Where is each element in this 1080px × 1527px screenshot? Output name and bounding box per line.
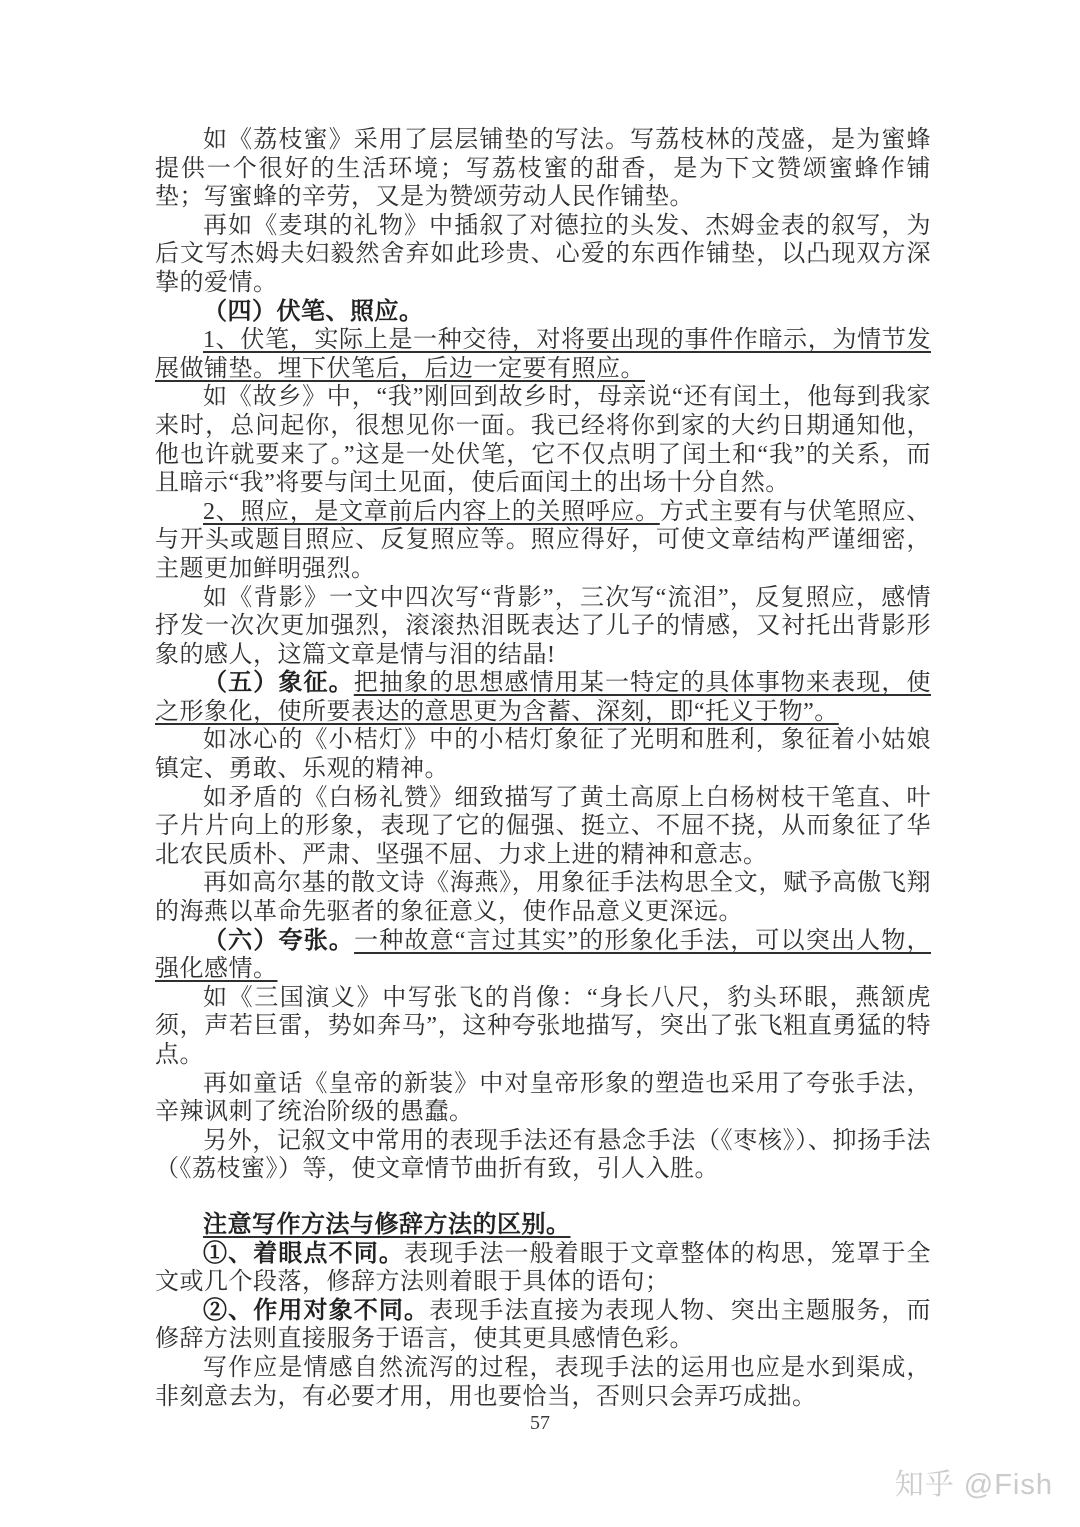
para-lingwai-text: 另外，记叙文中常用的表现手法还有悬念手法（《枣核》）、抑扬手法（《荔枝蜜》）等，… <box>155 1128 931 1183</box>
zhaoying-definition-underlined: 2、照应，是文章前后内容上的关照呼应。 <box>203 499 660 525</box>
para-beiying-text: 如《背影》一文中四次写“背影”，三次写“流泪”，反复照应，感情抒发一次次更加强烈… <box>155 585 931 668</box>
zhihu-watermark: 知乎 @Fish <box>895 1462 1053 1503</box>
para-sanguo-text: 如《三国演义》中写张飞的肖像：“身长八尺，豹头环眼，燕颔虎须，声若巨雷，势如奔马… <box>155 985 931 1068</box>
para-haiyan: 再如高尔基的散文诗《海燕》，用象征手法构思全文，赋予高傲飞翔的海燕以革命先驱者的… <box>155 869 931 926</box>
para-beiying: 如《背影》一文中四次写“背影”，三次写“流泪”，反复照应，感情抒发一次次更加强烈… <box>155 584 931 670</box>
document-body: 如《荔枝蜜》采用了层层铺垫的写法。写荔枝林的茂盛，是为蜜蜂提供一个很好的生活环境… <box>155 126 931 1411</box>
para-guxiang-text: 如《故乡》中，“我”刚回到故乡时，母亲说“还有闰土，他每到我家来时，总问起你，很… <box>155 384 931 496</box>
item-1-label: ①、着眼点不同。 <box>203 1241 404 1267</box>
para-maiqi: 再如《麦琪的礼物》中插叙了对德拉的头发、杰姆金表的叙写，为后文写杰姆夫妇毅然舍弃… <box>155 212 931 298</box>
para-haiyan-text: 再如高尔基的散文诗《海燕》，用象征手法构思全文，赋予高傲飞翔的海燕以革命先驱者的… <box>155 870 931 925</box>
para-lizhimi: 如《荔枝蜜》采用了层层铺垫的写法。写荔枝林的茂盛，是为蜜蜂提供一个很好的生活环境… <box>155 126 931 212</box>
heading-note-text: 注意写作方法与修辞方法的区别。 <box>203 1212 571 1238</box>
document-page: 如《荔枝蜜》采用了层层铺垫的写法。写荔枝林的茂盛，是为蜜蜂提供一个很好的生活环境… <box>0 0 1080 1527</box>
para-zhaoying-definition: 2、照应，是文章前后内容上的关照呼应。方式主要有与伏笔照应、与开头或题目照应、反… <box>155 498 931 584</box>
para-maiqi-text: 再如《麦琪的礼物》中插叙了对德拉的头发、杰姆金表的叙写，为后文写杰姆夫妇毅然舍弃… <box>155 213 931 296</box>
heading-note: 注意写作方法与修辞方法的区别。 <box>155 1211 931 1240</box>
item-2-label: ②、作用对象不同。 <box>203 1298 429 1324</box>
fubi-definition-underlined: 1、伏笔，实际上是一种交待，对将要出现的事件作暗示，为情节发展做铺垫。埋下伏笔后… <box>155 327 931 382</box>
heading-section-6-text: （六）夸张。 <box>203 928 354 954</box>
para-xiaojudeng: 如冰心的《小桔灯》中的小桔灯象征了光明和胜利，象征着小姑娘镇定、勇敢、乐观的精神… <box>155 726 931 783</box>
para-difference-item-1: ①、着眼点不同。表现手法一般着眼于文章整体的构思，笼罩于全文或几个段落，修辞方法… <box>155 1240 931 1297</box>
page-number: 57 <box>0 1412 1080 1435</box>
para-section-5: （五）象征。把抽象的思想感情用某一特定的具体事物来表现，使之形象化，使所要表达的… <box>155 669 931 726</box>
heading-section-5-text: （五）象征。 <box>203 670 354 696</box>
para-baiyang: 如矛盾的《白杨礼赞》细致描写了黄土高原上白杨树枝干笔直、叶子片片向上的形象，表现… <box>155 784 931 870</box>
para-sanguo: 如《三国演义》中写张飞的肖像：“身长八尺，豹头环眼，燕颔虎须，声若巨雷，势如奔马… <box>155 984 931 1070</box>
para-closing: 写作应是情感自然流泻的过程，表现手法的运用也应是水到渠成，非刻意去为，有必要才用… <box>155 1354 931 1411</box>
para-fubi-definition: 1、伏笔，实际上是一种交待，对将要出现的事件作暗示，为情节发展做铺垫。埋下伏笔后… <box>155 326 931 383</box>
para-baiyang-text: 如矛盾的《白杨礼赞》细致描写了黄土高原上白杨树枝干笔直、叶子片片向上的形象，表现… <box>155 785 931 868</box>
para-huangdi: 再如童话《皇帝的新装》中对皇帝形象的塑造也采用了夸张手法，辛辣讽刺了统治阶级的愚… <box>155 1070 931 1127</box>
para-closing-text: 写作应是情感自然流泻的过程，表现手法的运用也应是水到渠成，非刻意去为，有必要才用… <box>155 1355 931 1410</box>
para-huangdi-text: 再如童话《皇帝的新装》中对皇帝形象的塑造也采用了夸张手法，辛辣讽刺了统治阶级的愚… <box>155 1071 931 1126</box>
para-guxiang: 如《故乡》中，“我”刚回到故乡时，母亲说“还有闰土，他每到我家来时，总问起你，很… <box>155 383 931 497</box>
para-section-6: （六）夸张。一种故意“言过其实”的形象化手法，可以突出人物，强化感情。 <box>155 927 931 984</box>
heading-section-4-text: （四）伏笔、照应。 <box>203 299 424 325</box>
para-difference-item-2: ②、作用对象不同。表现手法直接为表现人物、突出主题服务，而修辞方法则直接服务于语… <box>155 1297 931 1354</box>
para-xiaojudeng-text: 如冰心的《小桔灯》中的小桔灯象征了光明和胜利，象征着小姑娘镇定、勇敢、乐观的精神… <box>155 727 931 782</box>
para-lingwai: 另外，记叙文中常用的表现手法还有悬念手法（《枣核》）、抑扬手法（《荔枝蜜》）等，… <box>155 1127 931 1184</box>
heading-section-4: （四）伏笔、照应。 <box>155 298 931 327</box>
para-lizhimi-text: 如《荔枝蜜》采用了层层铺垫的写法。写荔枝林的茂盛，是为蜜蜂提供一个很好的生活环境… <box>155 127 931 210</box>
